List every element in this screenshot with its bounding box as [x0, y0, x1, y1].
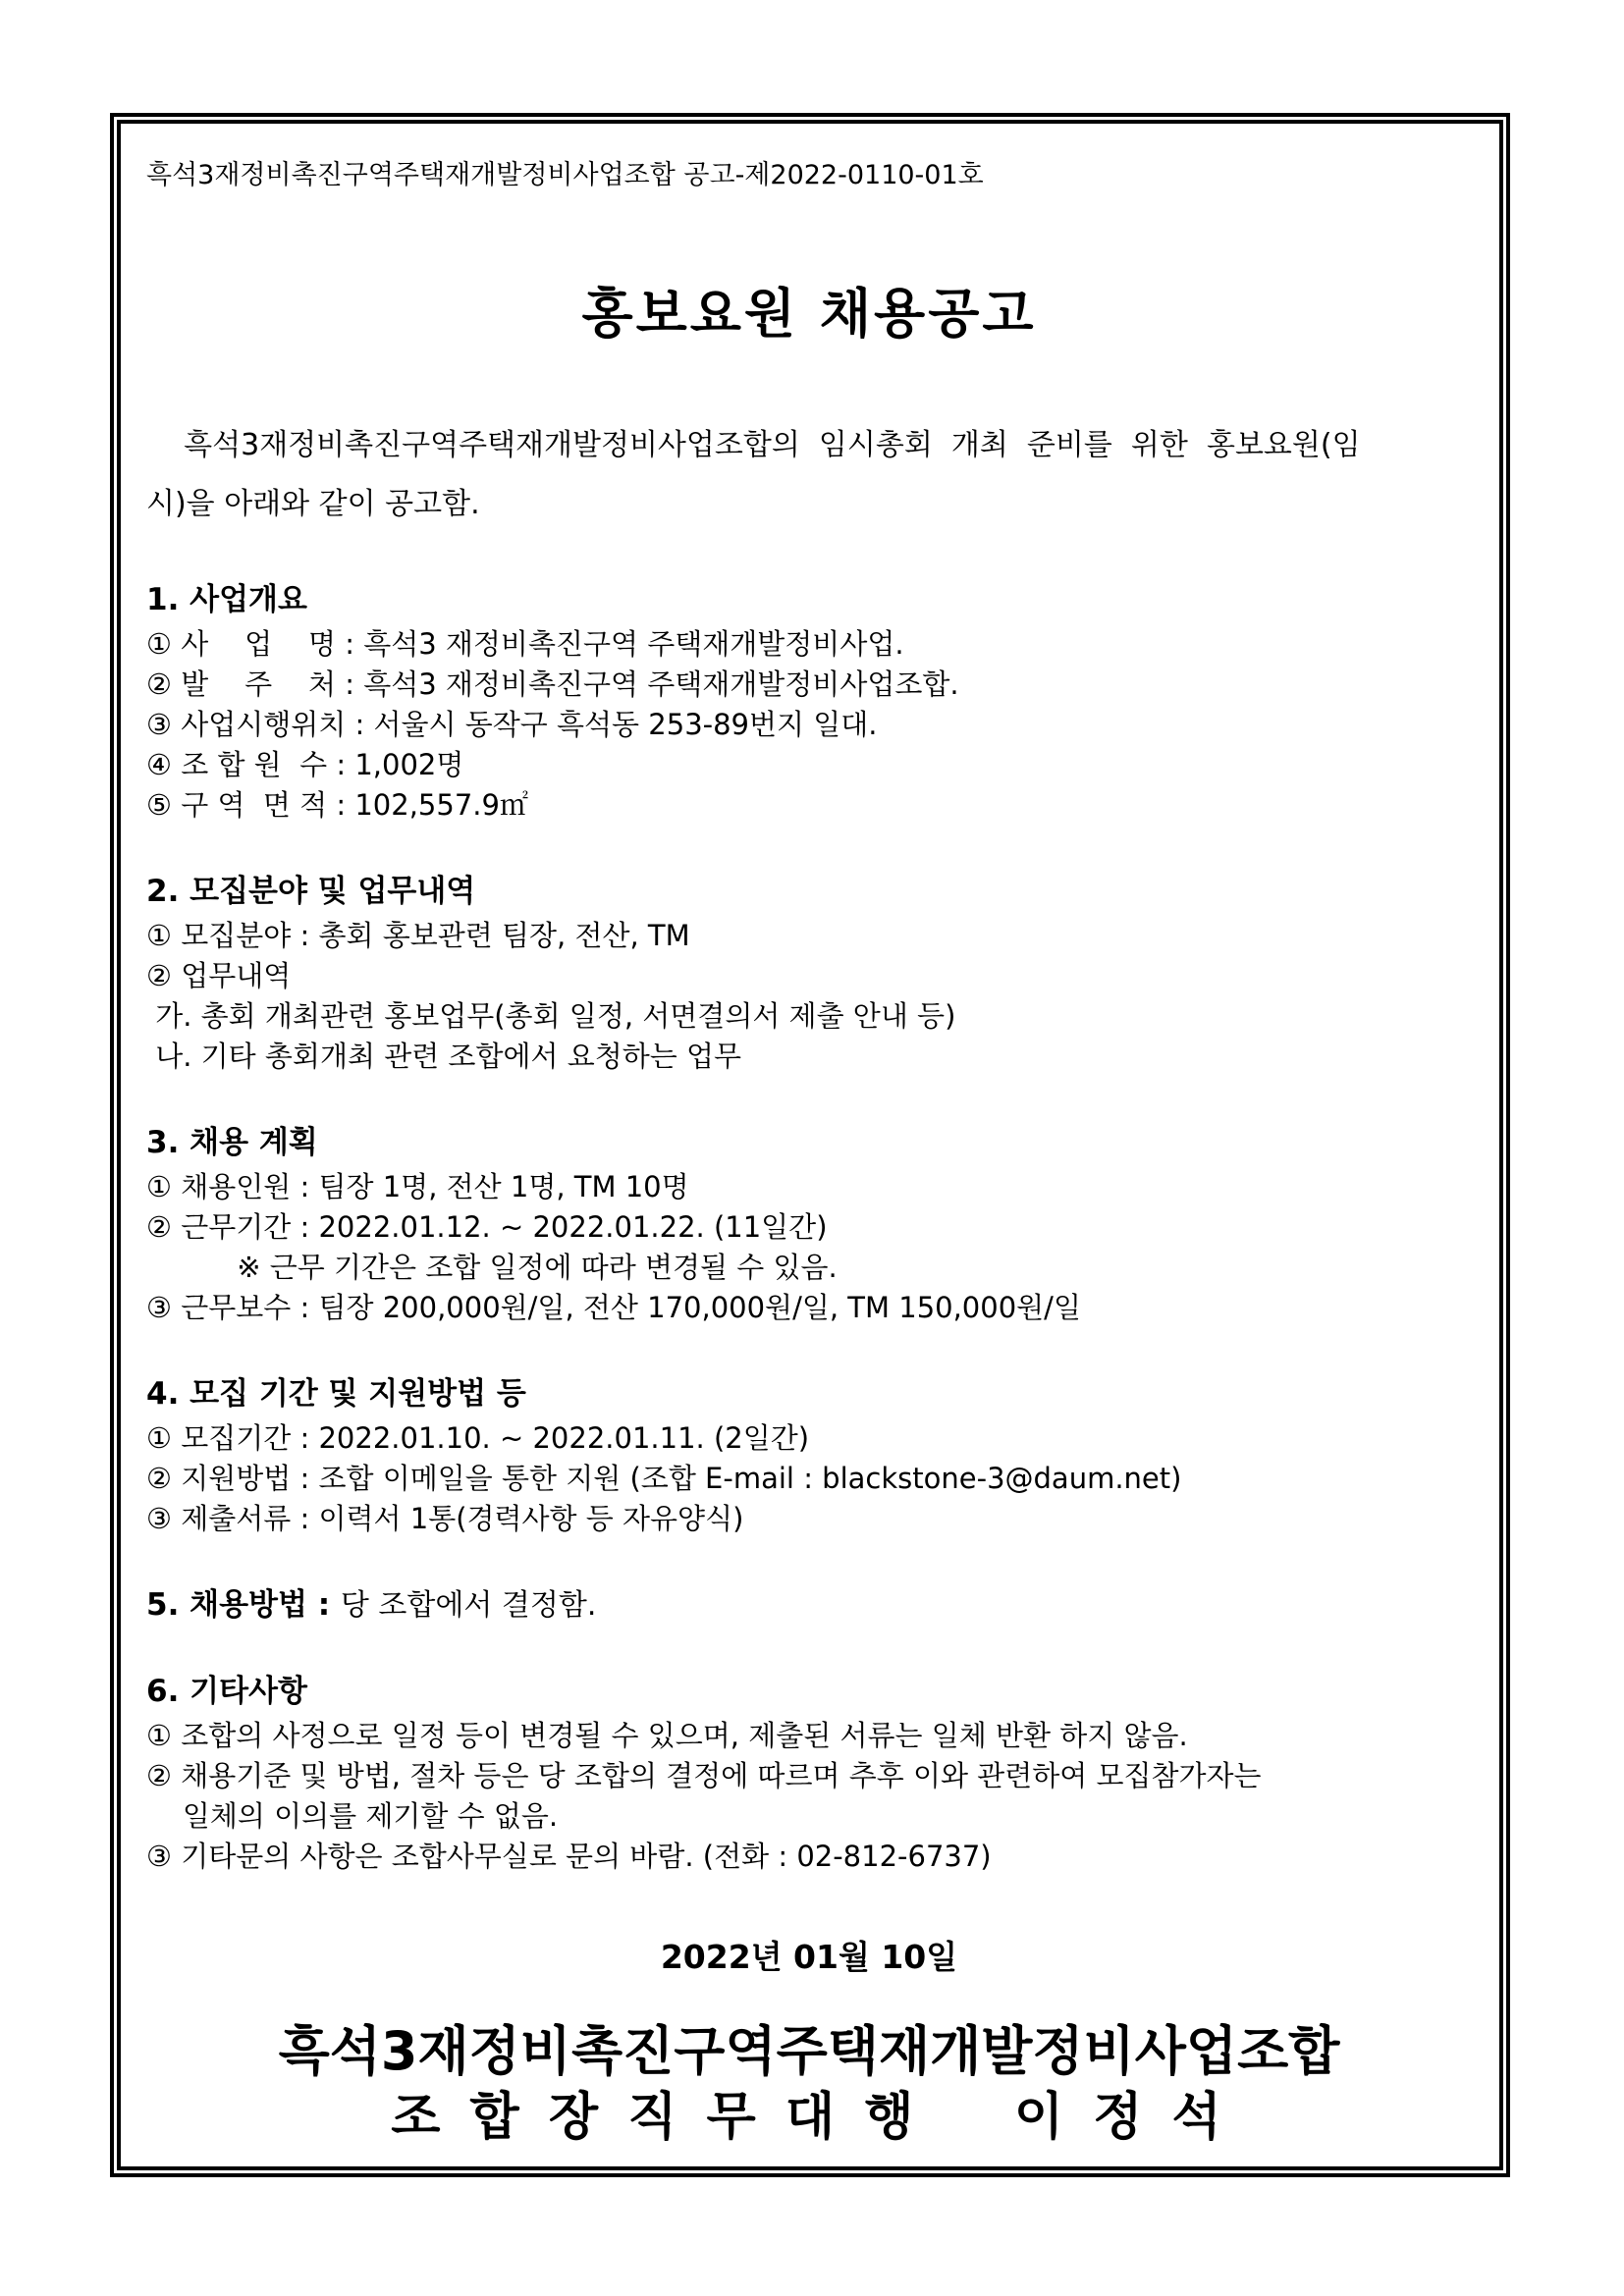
list-item: ③ 근무보수 : 팀장 200,000원/일, 전산 170,000원/일, T…	[146, 1288, 1472, 1328]
section-hiring-method: 5. 채용방법 : 당 조합에서 결정함.	[146, 1584, 1472, 1626]
list-item: ① 모집분야 : 총회 홍보관련 팀장, 전산, TM	[146, 916, 1472, 956]
list-item: ② 채용기준 및 방법, 절차 등은 당 조합의 결정에 따르며 추후 이와 관…	[146, 1756, 1472, 1796]
announcement-date: 2022년 01월 10일	[146, 1932, 1472, 1978]
organization-name: 흑석3재정비촉진구역주택재개발정비사업조합	[146, 2021, 1472, 2082]
list-item: ④ 조 합 원 수 : 1,002명	[146, 745, 1472, 785]
list-item: ③ 기타문의 사항은 조합사무실로 문의 바람. (전화 : 02-812-67…	[146, 1837, 1472, 1877]
section-inline-text: 당 조합에서 결정함.	[341, 1588, 596, 1623]
page-title: 홍보요원 채용공고	[146, 283, 1472, 346]
list-item: ② 발 주 처 : 흑석3 재정비촉진구역 주택재개발정비사업조합.	[146, 665, 1472, 705]
section-body: ① 모집분야 : 총회 홍보관련 팀장, 전산, TM ② 업무내역 가. 총회…	[146, 916, 1472, 1077]
signer-name: 조 합 장 직 무 대 행 이 정 석	[146, 2088, 1472, 2147]
section-other-matters: 6. 기타사항 ① 조합의 사정으로 일정 등이 변경될 수 있으며, 제출된 …	[146, 1671, 1472, 1877]
list-item: ② 근무기간 : 2022.01.12. ~ 2022.01.22. (11일간…	[146, 1207, 1472, 1248]
section-application-period: 4. 모집 기간 및 지원방법 등 ① 모집기간 : 2022.01.10. ~…	[146, 1373, 1472, 1539]
list-item: ③ 사업시행위치 : 서울시 동작구 흑석동 253-89번지 일대.	[146, 705, 1472, 745]
section-body: ① 조합의 사정으로 일정 등이 변경될 수 있으며, 제출된 서류는 일체 반…	[146, 1716, 1472, 1877]
list-item: ① 모집기간 : 2022.01.10. ~ 2022.01.11. (2일간)	[146, 1418, 1472, 1459]
list-item-note: ※ 근무 기간은 조합 일정에 따라 변경될 수 있음.	[146, 1248, 1472, 1288]
intro-paragraph: 흑석3재정비촉진구역주택재개발정비사업조합의 임시총회 개최 준비를 위한 홍보…	[146, 416, 1472, 534]
list-item: ② 업무내역	[146, 956, 1472, 996]
section-heading: 3. 채용 계획	[146, 1122, 1472, 1163]
section-recruitment-fields: 2. 모집분야 및 업무내역 ① 모집분야 : 총회 홍보관련 팀장, 전산, …	[146, 871, 1472, 1077]
section-business-overview: 1. 사업개요 ① 사 업 명 : 흑석3 재정비촉진구역 주택재개발정비사업.…	[146, 579, 1472, 826]
section-heading: 5. 채용방법 :	[146, 1587, 341, 1623]
section-body: ① 채용인원 : 팀장 1명, 전산 1명, TM 10명 ② 근무기간 : 2…	[146, 1167, 1472, 1328]
section-body: ① 사 업 명 : 흑석3 재정비촉진구역 주택재개발정비사업. ② 발 주 처…	[146, 624, 1472, 826]
section-heading: 6. 기타사항	[146, 1671, 1472, 1712]
list-item: ① 사 업 명 : 흑석3 재정비촉진구역 주택재개발정비사업.	[146, 624, 1472, 665]
document-border: 흑석3재정비촉진구역주택재개발정비사업조합 공고-제2022-0110-01호 …	[110, 113, 1510, 2177]
list-item: 나. 기타 총회개최 관련 조합에서 요청하는 업무	[146, 1037, 1472, 1077]
doc-number: 흑석3재정비촉진구역주택재개발정비사업조합 공고-제2022-0110-01호	[146, 159, 1472, 192]
list-item: ③ 제출서류 : 이력서 1통(경력사항 등 자유양식)	[146, 1499, 1472, 1539]
section-body: ① 모집기간 : 2022.01.10. ~ 2022.01.11. (2일간)…	[146, 1418, 1472, 1539]
list-item: 가. 총회 개최관련 홍보업무(총회 일정, 서면결의서 제출 안내 등)	[146, 996, 1472, 1037]
section-heading: 4. 모집 기간 및 지원방법 등	[146, 1373, 1472, 1415]
section-hiring-plan: 3. 채용 계획 ① 채용인원 : 팀장 1명, 전산 1명, TM 10명 ②…	[146, 1122, 1472, 1328]
list-item: ② 지원방법 : 조합 이메일을 통한 지원 (조합 E-mail : blac…	[146, 1459, 1472, 1499]
section-heading: 1. 사업개요	[146, 579, 1472, 620]
document-page: 흑석3재정비촉진구역주택재개발정비사업조합 공고-제2022-0110-01호 …	[0, 0, 1624, 2296]
list-item: ① 채용인원 : 팀장 1명, 전산 1명, TM 10명	[146, 1167, 1472, 1207]
section-heading: 2. 모집분야 및 업무내역	[146, 871, 1472, 912]
list-item-continuation: 일체의 이의를 제기할 수 없음.	[146, 1796, 1472, 1837]
list-item: ⑤ 구 역 면 적 : 102,557.9㎡	[146, 785, 1472, 826]
list-item: ① 조합의 사정으로 일정 등이 변경될 수 있으며, 제출된 서류는 일체 반…	[146, 1716, 1472, 1756]
